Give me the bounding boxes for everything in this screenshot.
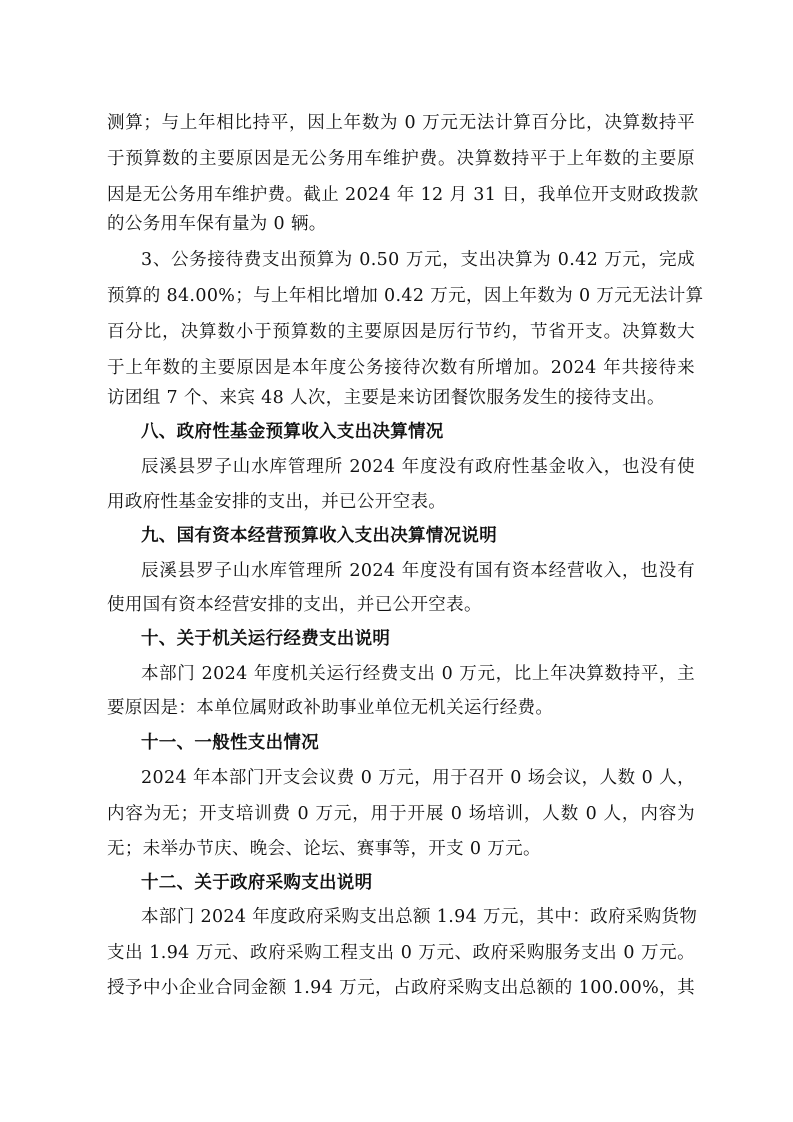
para-line: 访团组 7 个、来宾 48 人次，主要是来访团餐饮服务发生的接待支出。 (107, 387, 695, 409)
para-line: 本部门 2024 年度机关运行经费支出 0 万元，比上年决算数持平，主 (141, 663, 695, 685)
para-line: 用政府性基金安排的支出，并已公开空表。 (107, 491, 695, 513)
section-heading-9: 九、国有资本经营预算收入支出决算情况说明 (141, 525, 497, 547)
para-line: 于上年数的主要原因是本年度公务接待次数有所增加。2024 年共接待来 (107, 357, 695, 379)
para-line: 百分比，决算数小于预算数的主要原因是厉行节约，节省开支。决算数大 (107, 321, 695, 343)
para-line: 因是无公务用车维护费。截止 2024 年 12 月 31 日，我单位开支财政拨款 (107, 184, 695, 206)
section-heading-8: 八、政府性基金预算收入支出决算情况 (141, 421, 444, 443)
section-heading-12: 十二、关于政府采购支出说明 (141, 872, 372, 894)
para-line: 辰溪县罗子山水库管理所 2024 年度没有政府性基金收入，也没有使 (141, 456, 695, 478)
para-line: 授予中小企业合同金额 1.94 万元，占政府采购支出总额的 100.00%，其 (107, 977, 695, 999)
section-heading-10: 十、关于机关运行经费支出说明 (141, 628, 390, 650)
section-heading-11: 十一、一般性支出情况 (141, 732, 319, 754)
para-line: 3、公务接待费支出预算为 0.50 万元，支出决算为 0.42 万元，完成 (141, 249, 695, 271)
para-line: 测算；与上年相比持平，因上年数为 0 万元无法计算百分比，决算数持平 (107, 112, 695, 134)
para-line: 内容为无；开支培训费 0 万元，用于开展 0 场培训，人数 0 人，内容为 (107, 803, 695, 825)
para-line: 本部门 2024 年度政府采购支出总额 1.94 万元，其中：政府采购货物 (141, 906, 695, 928)
para-line: 辰溪县罗子山水库管理所 2024 年度没有国有资本经营收入，也没有 (141, 560, 695, 582)
para-line: 无；未举办节庆、晚会、论坛、赛事等，开支 0 万元。 (107, 838, 695, 860)
para-line: 于预算数的主要原因是无公务用车维护费。决算数持平于上年数的主要原 (107, 148, 695, 170)
para-line: 使用国有资本经营安排的支出，并已公开空表。 (107, 594, 695, 616)
para-line: 2024 年本部门开支会议费 0 万元，用于召开 0 场会议，人数 0 人， (141, 767, 695, 789)
para-line: 的公务用车保有量为 0 辆。 (107, 213, 695, 235)
para-line: 预算的 84.00%；与上年相比增加 0.42 万元，因上年数为 0 万元无法计… (107, 285, 695, 307)
para-line: 支出 1.94 万元、政府采购工程支出 0 万元、政府采购服务支出 0 万元。 (107, 942, 695, 964)
para-line: 要原因是：本单位属财政补助事业单位无机关运行经费。 (107, 697, 695, 719)
